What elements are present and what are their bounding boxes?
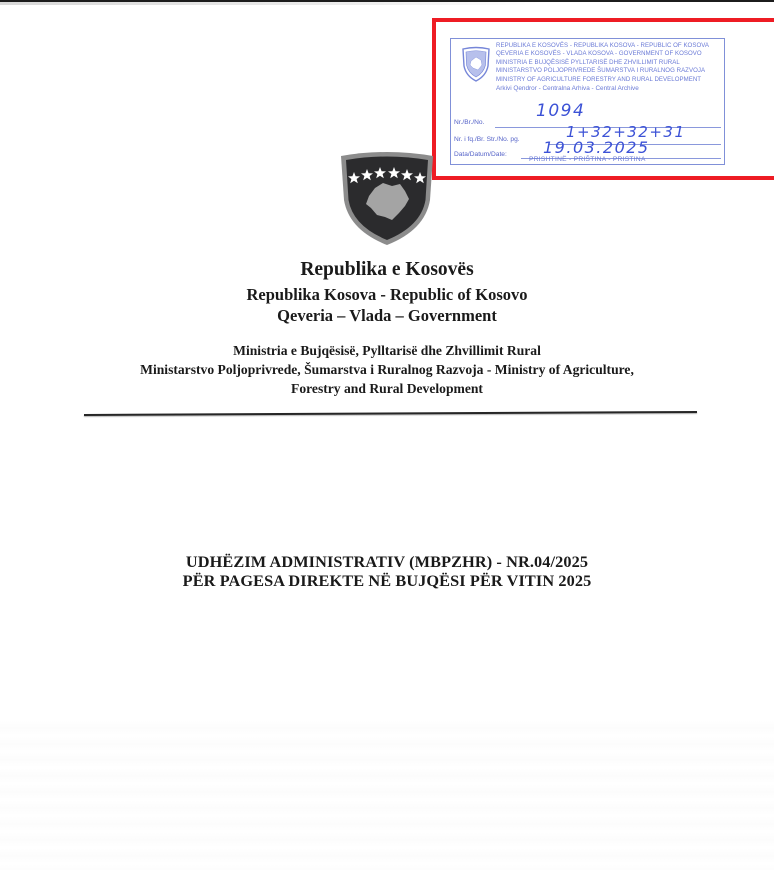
ministry-name-serbian-english: Ministarstvo Poljoprivrede, Šumarstva i … bbox=[0, 362, 774, 378]
republic-name-albanian: Republika e Kosovës bbox=[0, 259, 774, 281]
republic-name-serbian-english: Republika Kosova - Republic of Kosovo bbox=[0, 285, 774, 305]
ministry-name-albanian: Ministria e Bujqësisë, Pylltarisë dhe Zh… bbox=[0, 343, 774, 359]
scan-shadow bbox=[0, 2, 540, 5]
document-title-line2: PËR PAGESA DIREKTE NË BUJQËSI PËR VITIN … bbox=[0, 571, 774, 591]
document-title-line1: UDHËZIM ADMINISTRATIV (MBPZHR) - NR.04/2… bbox=[0, 552, 774, 572]
scan-show-through bbox=[0, 720, 774, 870]
kosovo-coat-of-arms-icon bbox=[337, 150, 437, 246]
header-divider bbox=[84, 411, 697, 416]
highlight-annotation-box bbox=[432, 18, 774, 180]
government-name: Qeveria – Vlada – Government bbox=[0, 306, 774, 326]
ministry-name-english-cont: Forestry and Rural Development bbox=[0, 381, 774, 397]
